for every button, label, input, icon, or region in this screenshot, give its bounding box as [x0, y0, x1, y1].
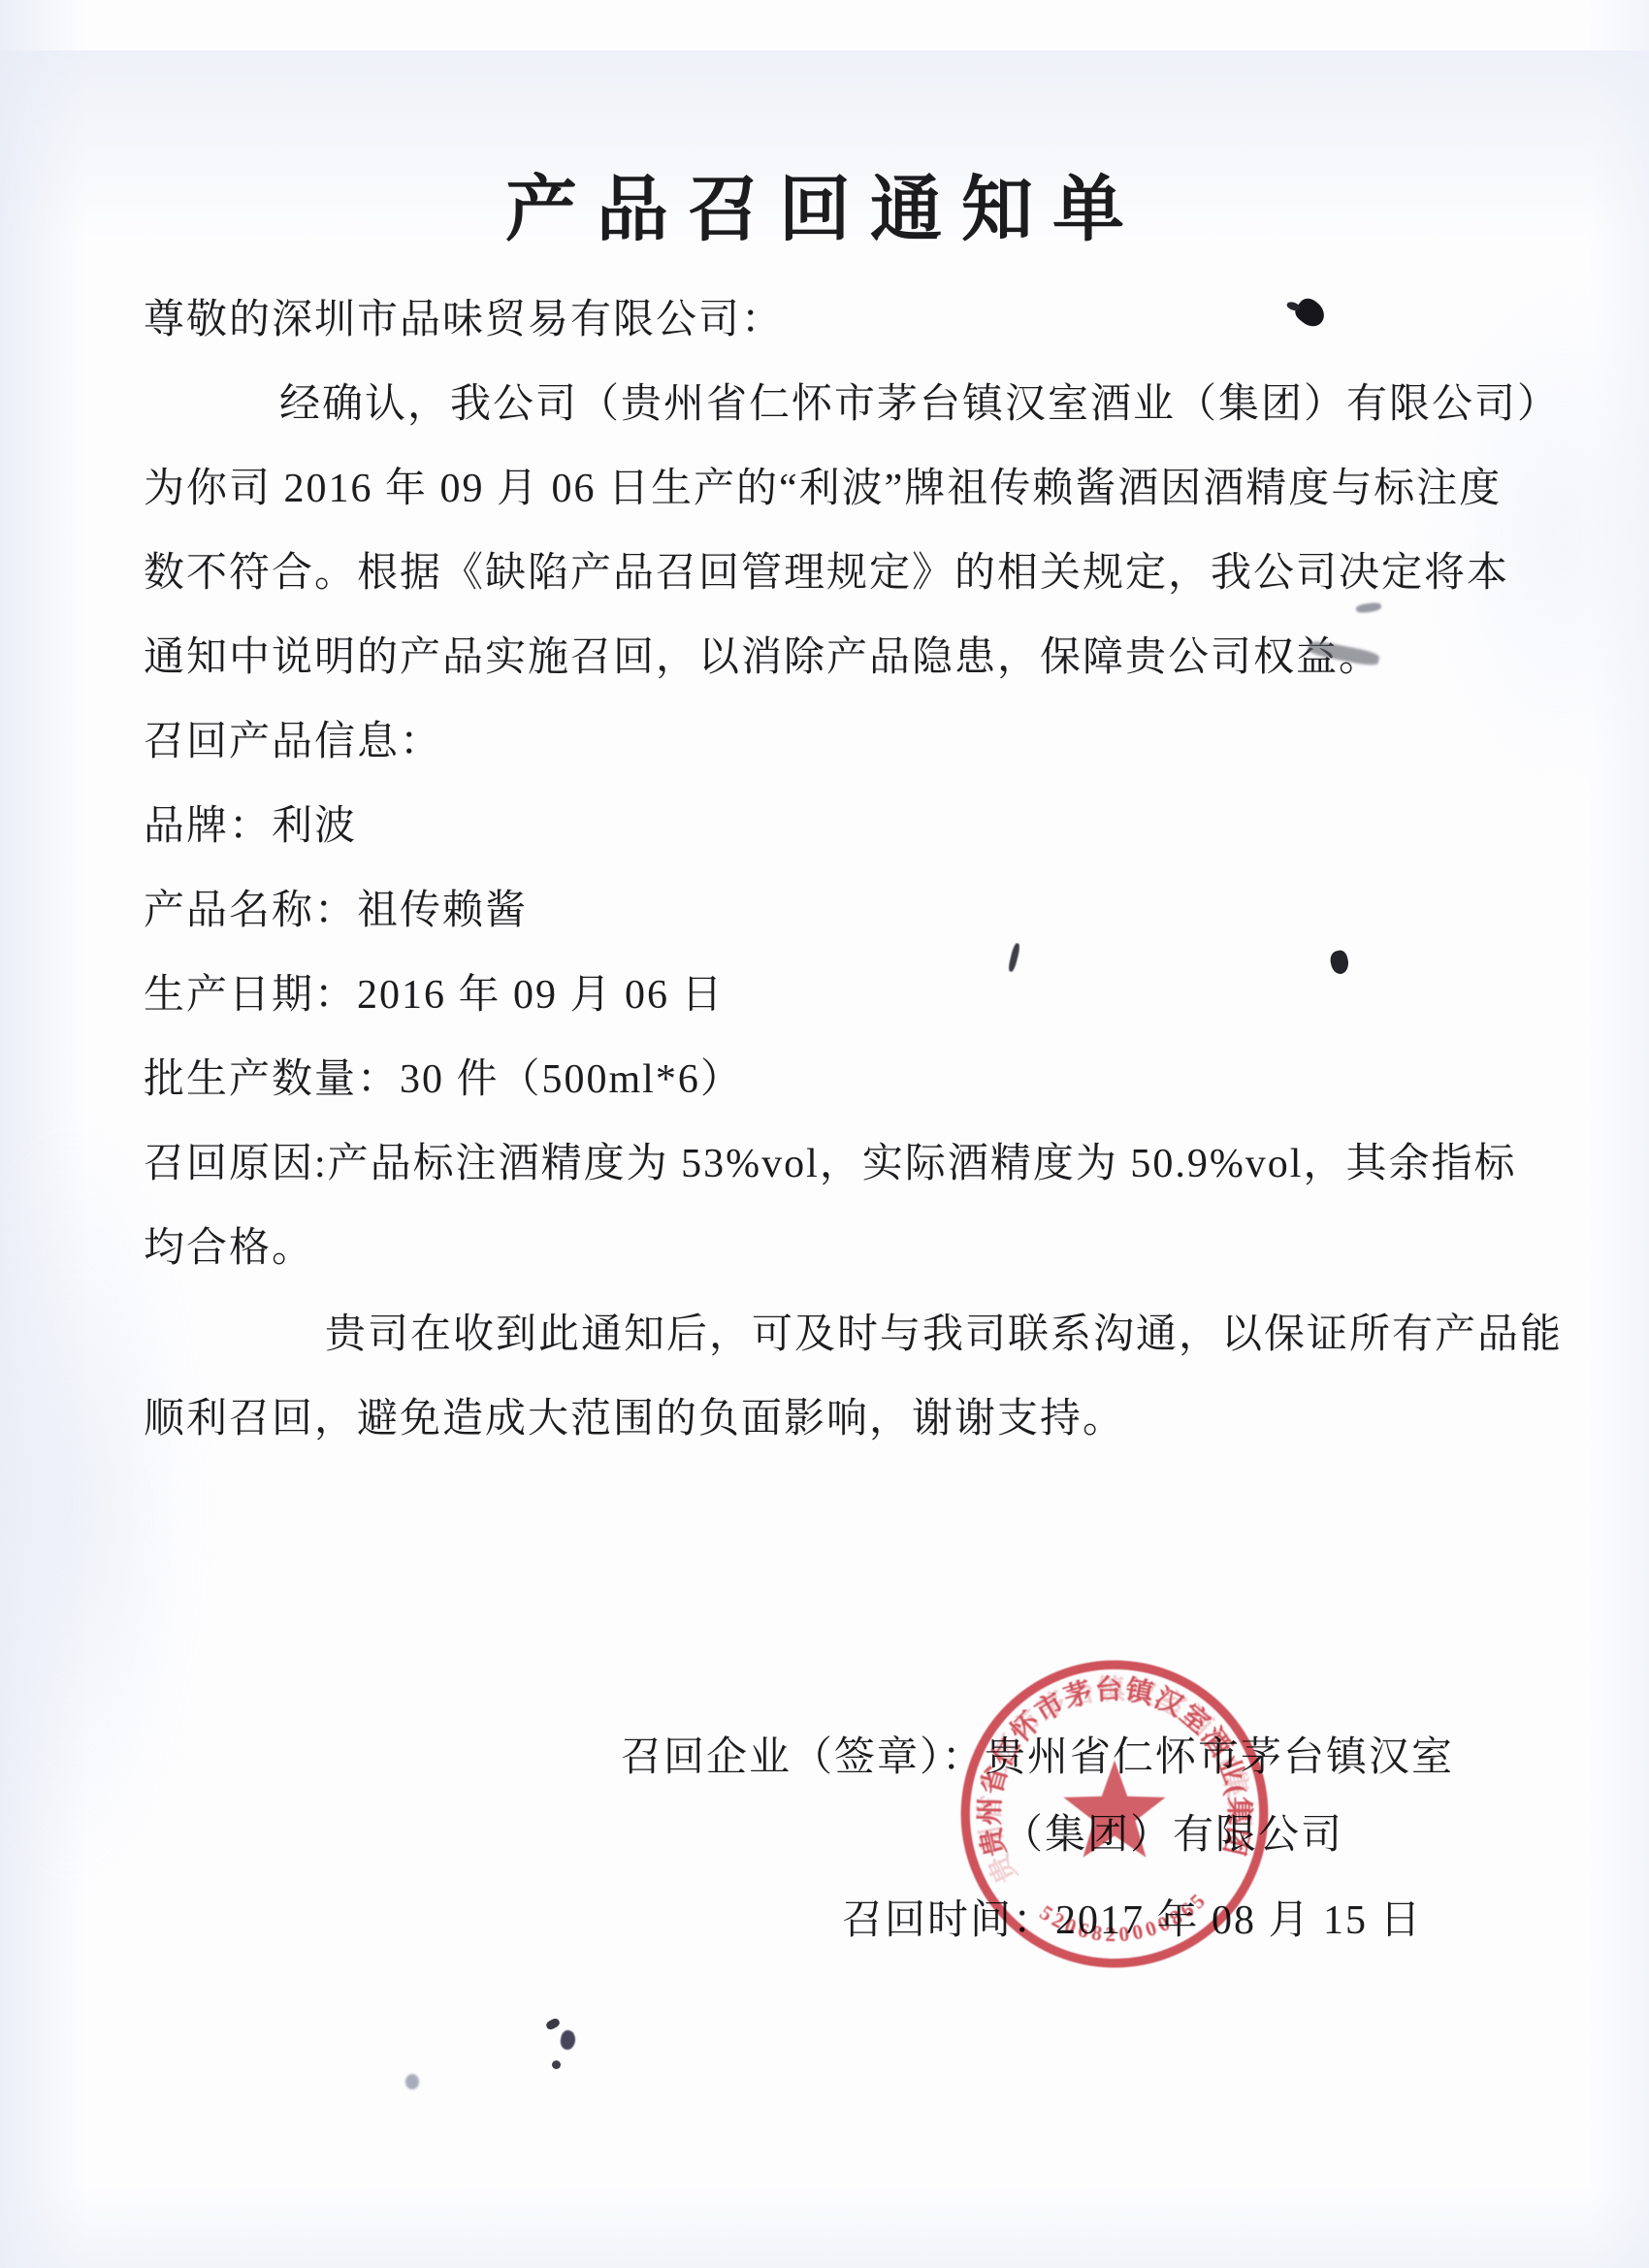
body-line: 为你司 2016 年 09 月 06 日生产的“利波”牌祖传赖酱酒因酒精度与标注…: [144, 466, 1502, 512]
scan-shadow-bottom: [0, 2178, 1649, 2268]
ink-speck: [545, 2017, 562, 2031]
body-line-product-name: 产品名称：祖传赖酱: [144, 888, 528, 934]
ink-speck: [552, 2060, 561, 2069]
ink-speck: [559, 2029, 576, 2051]
body-line: 经确认，我公司（贵州省仁怀市茅台镇汉室酒业（集团）有限公司）: [279, 381, 1560, 428]
body-line-brand: 品牌：利波: [144, 803, 357, 850]
body-line-batch-quantity: 批生产数量：30 件（500ml*6）: [144, 1056, 743, 1103]
ink-speck: [405, 2074, 419, 2090]
body-line-recall-info-heading: 召回产品信息：: [144, 719, 442, 765]
ink-speck: [1356, 601, 1382, 614]
scanned-recall-notice-page: 产品召回通知单 尊敬的深圳市品味贸易有限公司： 经确认，我公司（贵州省仁怀市茅台…: [0, 0, 1649, 2268]
salutation-line: 尊敬的深圳市品味贸易有限公司：: [144, 297, 784, 343]
scan-shadow-right: [1581, 0, 1649, 2268]
seal-serial-number: 5206820000865: [1036, 1887, 1212, 1946]
body-line: 贵司在收到此通知后，可及时与我司联系沟通，以保证所有产品能: [325, 1312, 1563, 1358]
page-title: 产品召回通知单: [0, 175, 1649, 246]
body-line-recall-reason: 召回原因:产品标注酒精度为 53%vol，实际酒精度为 50.9%vol，其余指…: [144, 1141, 1516, 1187]
ink-speck: [1007, 943, 1020, 973]
scan-shadow-left: [0, 0, 97, 2268]
body-line: 通知中说明的产品实施召回，以消除产品隐患，保障贵公司权益。: [144, 634, 1381, 681]
body-line: 均合格。: [144, 1225, 314, 1272]
body-line-production-date: 生产日期：2016 年 09 月 06 日: [144, 972, 725, 1019]
ink-speck: [1328, 949, 1350, 976]
body-line: 顺利召回，避免造成大范围的负面影响，谢谢支持。: [144, 1396, 1125, 1442]
company-seal: 贵州省仁怀市茅台镇汉室酒业(集团)有限公司 贵州省仁怀市茅台镇汉室酒业(集团)有…: [955, 1655, 1274, 1973]
seal-star-icon: [1063, 1761, 1165, 1858]
body-line: 数不符合。根据《缺陷产品召回管理规定》的相关规定，我公司决定将本: [144, 550, 1509, 597]
scan-shadow-blotch: [1436, 291, 1649, 776]
ink-speck: [1291, 294, 1329, 331]
